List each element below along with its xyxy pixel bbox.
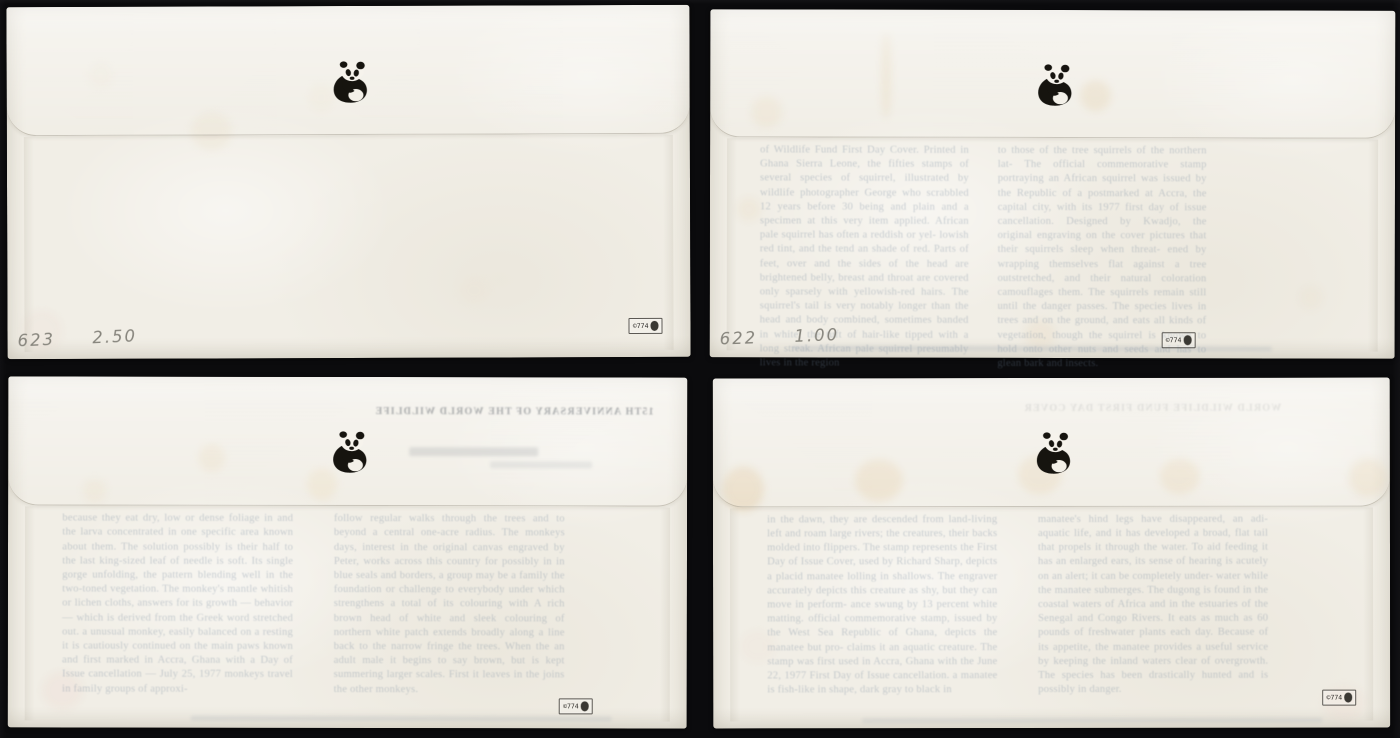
showthrough-text-right: manatee's hind legs have disappeared, an…: [1038, 512, 1268, 697]
scan-of-four-wwf-covers: ©774 623 2.50 of Wildlife Fund First Day…: [0, 0, 1400, 738]
showthrough-header-mirrored: WORLD WILDLIFE FUND FIRST DAY COVER: [855, 403, 1282, 415]
printer-hallmark: ©774: [1323, 690, 1357, 706]
maker-emblem-icon: [650, 321, 658, 331]
pencil-catalog-number: 622: [720, 329, 758, 349]
printer-hallmark: ©774: [629, 318, 663, 334]
fold-shadow-left: [727, 138, 737, 350]
wwf-panda-logo-icon: [328, 427, 375, 477]
maker-emblem-icon: [1183, 336, 1191, 346]
showthrough-smudge: [862, 717, 1322, 723]
copyright-mark: ©774: [1327, 694, 1343, 701]
toning-spot: [737, 197, 761, 221]
printer-hallmark: ©774: [1162, 332, 1196, 348]
envelope-back-bottom-left: 15TH ANNIVERSARY OF THE WORLD WILDLIFE F…: [8, 376, 688, 728]
copyright-mark: ©774: [633, 323, 649, 330]
fold-shadow-right: [1368, 139, 1378, 351]
envelope-back-bottom-right: WORLD WILDLIFE FUND FIRST DAY COVER in t…: [713, 378, 1390, 729]
copyright-mark: ©774: [563, 703, 579, 710]
fold-shadow-right: [663, 135, 674, 350]
envelope-back-top-left: ©774 623 2.50: [6, 5, 690, 359]
wwf-panda-logo-icon: [1033, 60, 1080, 110]
fold-shadow-right: [660, 507, 670, 721]
toning-spot: [458, 277, 489, 305]
pencil-catalog-number: 623: [17, 330, 55, 351]
fold-shadow-left: [730, 508, 740, 722]
pencil-annotation: 623 2.50: [17, 327, 137, 351]
showthrough-text-left: in the dawn, they are descended from lan…: [767, 513, 997, 698]
fold-shadow-left: [24, 137, 35, 352]
toning-spot: [1299, 285, 1323, 309]
showthrough-header-mirrored: 15TH ANNIVERSARY OF THE WORLD WILDLIFE F…: [375, 406, 653, 417]
maker-emblem-icon: [1344, 693, 1352, 703]
wwf-panda-logo-icon: [1031, 428, 1078, 478]
pencil-price: 1.00: [794, 326, 839, 347]
maker-emblem-icon: [581, 702, 589, 712]
showthrough-text-left: because they eat dry, low or dense folia…: [62, 512, 293, 697]
showthrough-smudge: [191, 715, 612, 721]
wwf-panda-logo-icon: [328, 57, 375, 107]
copyright-mark: ©774: [1166, 337, 1182, 344]
envelope-back-top-right: of Wildlife Fund First Day Cover. Printe…: [710, 9, 1396, 358]
showthrough-text-right: follow regular walks through the trees a…: [334, 512, 565, 697]
fold-shadow-right: [1363, 507, 1373, 721]
printer-hallmark: ©774: [559, 699, 593, 715]
fold-shadow-left: [25, 506, 35, 720]
pencil-price: 2.50: [92, 327, 138, 348]
